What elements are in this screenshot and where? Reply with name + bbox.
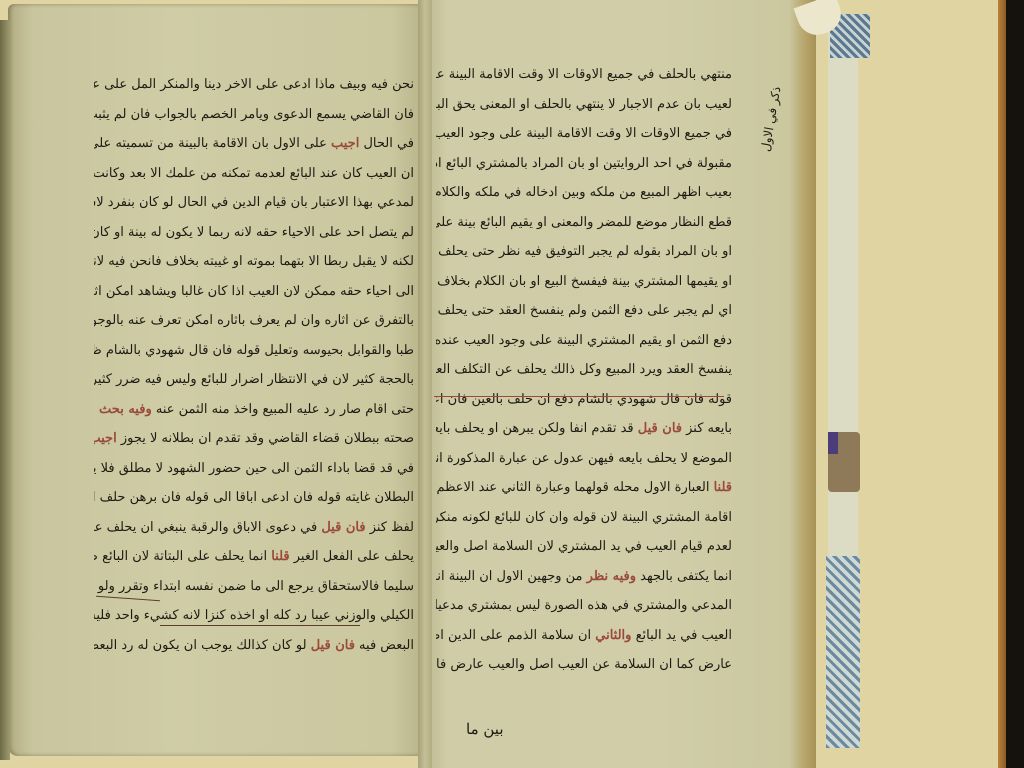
text-line: الموضع لا يحلف بايعه فيهن عدول عن عبارة … [436,444,732,474]
catchword: بين ما [466,720,504,738]
text-line: البطلان غايته قوله فان ادعى اباقا الى قو… [94,483,414,513]
rubric: اجيب [331,136,359,151]
text-line: سليما فالاستحقاق يرجع الى ما ضمن نفسه اب… [94,572,414,602]
left-page-text: نحن فيه وبيف ماذا ادعى على الاخر دينا وا… [94,70,414,660]
text-line: لعدم قيام العيب في يد المشتري لان السلام… [436,532,732,562]
spine-ink-stain [828,432,838,454]
text-line: بالحجة كثير لان في الانتظار اضرار للبائع… [94,365,414,395]
text-line: لعيب بان عدم الاجبار لا ينتهي بالحلف او … [436,90,732,120]
text-line: حتى اقام صار رد عليه المبيع واخذ منه الث… [94,395,414,425]
text-line: يحلف على الفعل الغير قلنا انما يحلف على … [94,542,414,572]
patterned-paper-bottom [826,556,860,748]
text-line: الى احياء حقه ممكن لان العيب اذا كان غال… [94,277,414,307]
text-line: عارض كما ان السلامة عن العيب اصل والعيب … [436,650,732,680]
text-line: في قد قضا باداء الثمن الى حين حضور الشهو… [94,454,414,484]
text-line: لم يتصل احد على الاحياء حقه لانه ربما لا… [94,218,414,248]
text-line: او بان المراد بقوله لم يجبر التوفيق فيه … [436,237,732,267]
dark-border [1006,0,1024,768]
text-line: لفظ كنز فان قيل في دعوى الاباق والرقبة ي… [94,513,414,543]
rubric: اجيب [94,431,117,446]
text-line: انما يكتفى بالجهد وفيه نظر من وجهين الاو… [436,562,732,592]
rubric: فان قيل [321,520,365,535]
rubric: قلنا [271,549,289,564]
text-line: صحته ببطلان قضاء القاضي وقد تقدم ان بطلا… [94,424,414,454]
text-line: العيب في يد البائع والثاني ان سلامة الذم… [436,621,732,651]
text-line: دفع الثمن او يقيم المشتري البينة على وجو… [436,326,732,356]
wooden-frame-edge [998,0,1006,768]
overline-stroke [160,625,360,626]
text-line: قطع النظار موضع للمضر والمعنى او يقيم ال… [436,208,732,238]
rubric: فان قيل [311,638,355,653]
text-line: ان العيب كان عند البائع لعدمه تمكنه من ع… [94,159,414,189]
text-line: المدعي والمشتري في هذه الصورة ليس بمشتري… [436,591,732,621]
text-line: في جميع الاوقات الا وقت الاقامة البينة ع… [436,119,732,149]
rubric: قلنا [714,480,732,495]
text-line: البعض فيه فان قيل لو كان كذالك يوجب ان ي… [94,631,414,661]
text-line: بعيب اظهر المبيع من ملكه وبين ادخاله في … [436,178,732,208]
text-line: او يقيمها المشتري بينة فيفسخ البيع او با… [436,267,732,297]
text-line: منتهي بالحلف في جميع الاوقات الا وقت الا… [436,60,732,90]
rubric: والثاني [595,628,631,643]
red-separator-line [434,396,724,397]
right-page-text: منتهي بالحلف في جميع الاوقات الا وقت الا… [436,60,732,680]
rubric: فان قيل [321,520,365,535]
text-line: في الحال اجيب على الاول بان الاقامة بالب… [94,129,414,159]
text-line: لكنه لا يقبل ربطا الا بتهما بموته او غيب… [94,247,414,277]
text-line: بايعه كنز فان قيل قد تقدم انفا ولكن يبره… [436,414,732,444]
text-line: قلنا العبارة الاول محله قولهما وعبارة ال… [436,473,732,503]
text-line: مقبولة في احد الروايتين او بان المراد با… [436,149,732,179]
text-line: اقامة المشتري البينة لان قوله وان كان لل… [436,503,732,533]
text-line: بالتفرق عن اثاره وان لم يعرف باثاره امكن… [94,306,414,336]
rubric: وفيه بحث [99,402,152,417]
text-line: نحن فيه وبيف ماذا ادعى على الاخر دينا وا… [94,70,414,100]
left-cover-edge [0,20,10,760]
text-line: اي لم يجبر على دفع الثمن ولم ينفسخ العقد… [436,296,732,326]
text-line: قوله فان قال شهودي بالشام دفع ان حلف بال… [436,385,732,415]
text-line: الكيلي والوزني عيبا رد كله او اخذه كنزا … [94,601,414,631]
text-line: طبا والقوابل بحيوسه وتعليل قوله فان قال … [94,336,414,366]
text-line: ينفسخ العقد ويرد المبيع وكل ذالك يحلف عن… [436,355,732,385]
rubric: فان قيل [311,638,355,653]
text-line: فان القاضي يسمع الدعوى ويامر الخصم بالجو… [94,100,414,130]
text-line: لمدعي بهذا الاعتبار بان قيام الدين في ال… [94,188,414,218]
rubric: فان قيل [638,421,682,436]
rubric: وفيه نظر [587,569,636,584]
book-gutter [418,0,432,768]
